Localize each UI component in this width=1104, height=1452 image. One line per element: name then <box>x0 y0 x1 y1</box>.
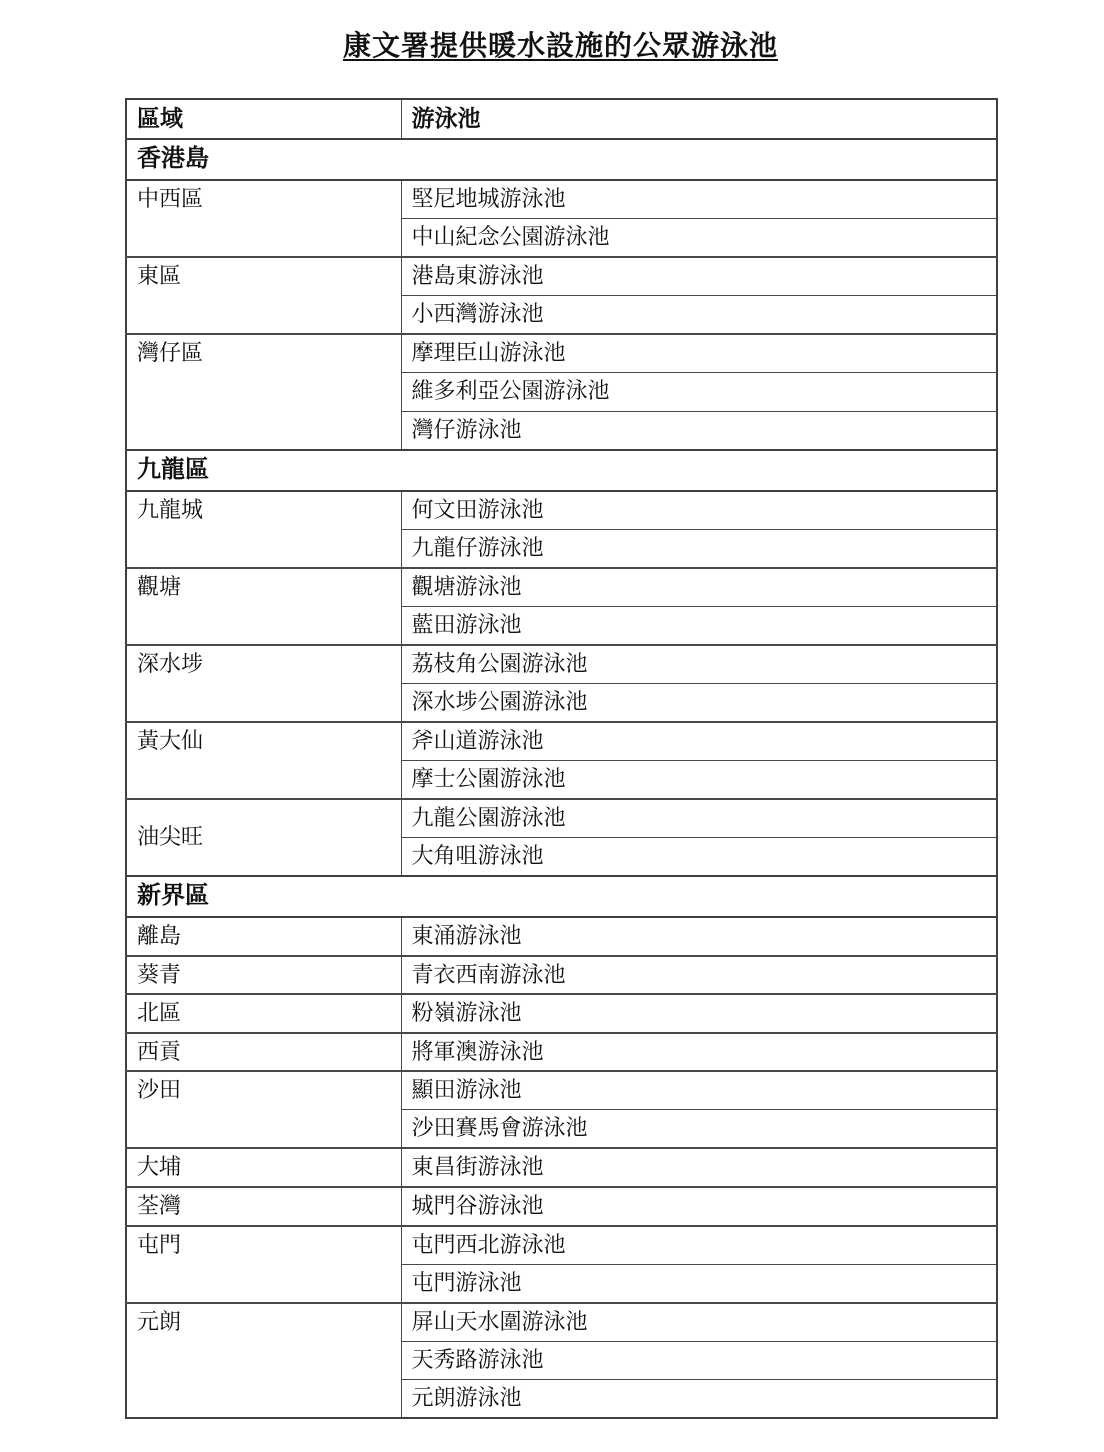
pool-cell: 粉嶺游泳池 <box>401 994 997 1033</box>
pool-cell: 顯田游泳池 <box>401 1071 997 1110</box>
table-row: 西貢將軍澳游泳池 <box>126 1033 997 1072</box>
district-cell: 北區 <box>126 994 401 1033</box>
pool-cell: 沙田賽馬會游泳池 <box>401 1110 997 1149</box>
table-row: 深水埗荔枝角公園游泳池 <box>126 645 997 684</box>
pool-cell: 九龍仔游泳池 <box>401 529 997 568</box>
pool-cell: 東昌街游泳池 <box>401 1148 997 1187</box>
district-cell: 深水埗 <box>126 645 401 722</box>
pool-cell: 港島東游泳池 <box>401 257 997 296</box>
pool-cell: 中山紀念公園游泳池 <box>401 219 997 258</box>
district-cell: 葵青 <box>126 956 401 995</box>
table-row: 元朗屏山天水圍游泳池 <box>126 1303 997 1342</box>
district-cell: 黃大仙 <box>126 722 401 799</box>
district-cell: 元朗 <box>126 1303 401 1419</box>
table-header-row: 區域 游泳池 <box>126 99 997 139</box>
section-row: 九龍區 <box>126 450 997 491</box>
table-row: 沙田顯田游泳池 <box>126 1071 997 1110</box>
pool-cell: 天秀路游泳池 <box>401 1341 997 1380</box>
pool-cell: 屯門游泳池 <box>401 1264 997 1303</box>
pool-cell: 堅尼地城游泳池 <box>401 180 997 219</box>
table-row: 中西區堅尼地城游泳池 <box>126 180 997 219</box>
pool-cell: 九龍公園游泳池 <box>401 799 997 838</box>
table-row: 葵青青衣西南游泳池 <box>126 956 997 995</box>
district-cell: 沙田 <box>126 1071 401 1148</box>
swimming-pool-table: 區域 游泳池 香港島中西區堅尼地城游泳池中山紀念公園游泳池東區港島東游泳池小西灣… <box>125 98 998 1419</box>
pool-cell: 摩士公園游泳池 <box>401 760 997 799</box>
pool-cell: 東涌游泳池 <box>401 917 997 956</box>
pool-cell: 何文田游泳池 <box>401 491 997 530</box>
section-row: 新界區 <box>126 876 997 917</box>
district-cell: 離島 <box>126 917 401 956</box>
table-row: 離島東涌游泳池 <box>126 917 997 956</box>
table-row: 大埔東昌街游泳池 <box>126 1148 997 1187</box>
district-cell: 灣仔區 <box>126 334 401 450</box>
district-cell: 荃灣 <box>126 1187 401 1226</box>
pool-cell: 青衣西南游泳池 <box>401 956 997 995</box>
table-row: 九龍城何文田游泳池 <box>126 491 997 530</box>
pool-cell: 城門谷游泳池 <box>401 1187 997 1226</box>
section-title: 九龍區 <box>126 450 997 491</box>
table-row: 北區粉嶺游泳池 <box>126 994 997 1033</box>
table-row: 觀塘觀塘游泳池 <box>126 568 997 607</box>
pool-cell: 屯門西北游泳池 <box>401 1226 997 1265</box>
pool-cell: 觀塘游泳池 <box>401 568 997 607</box>
table-row: 屯門屯門西北游泳池 <box>126 1226 997 1265</box>
pool-cell: 深水埗公園游泳池 <box>401 683 997 722</box>
district-cell: 九龍城 <box>126 491 401 568</box>
table-row: 東區港島東游泳池 <box>126 257 997 296</box>
pool-cell: 大角咀游泳池 <box>401 837 997 876</box>
pool-cell: 將軍澳游泳池 <box>401 1033 997 1072</box>
pool-cell: 灣仔游泳池 <box>401 411 997 450</box>
pool-cell: 荔枝角公園游泳池 <box>401 645 997 684</box>
page-title: 康文署提供暖水設施的公眾游泳池 <box>125 24 996 64</box>
section-title: 新界區 <box>126 876 997 917</box>
pool-cell: 藍田游泳池 <box>401 606 997 645</box>
section-title: 香港島 <box>126 139 997 180</box>
pool-cell: 摩理臣山游泳池 <box>401 334 997 373</box>
district-cell: 中西區 <box>126 180 401 257</box>
district-cell: 東區 <box>126 257 401 334</box>
table-row: 灣仔區摩理臣山游泳池 <box>126 334 997 373</box>
pool-cell: 小西灣游泳池 <box>401 296 997 335</box>
district-cell: 觀塘 <box>126 568 401 645</box>
table-row: 荃灣城門谷游泳池 <box>126 1187 997 1226</box>
pool-cell: 斧山道游泳池 <box>401 722 997 761</box>
district-cell: 屯門 <box>126 1226 401 1303</box>
district-cell: 大埔 <box>126 1148 401 1187</box>
pool-cell: 屏山天水圍游泳池 <box>401 1303 997 1342</box>
pool-cell: 維多利亞公園游泳池 <box>401 373 997 412</box>
table-row: 黃大仙斧山道游泳池 <box>126 722 997 761</box>
table-row: 油尖旺九龍公園游泳池 <box>126 799 997 838</box>
district-cell: 西貢 <box>126 1033 401 1072</box>
section-row: 香港島 <box>126 139 997 180</box>
column-header-pool: 游泳池 <box>401 99 997 139</box>
column-header-district: 區域 <box>126 99 401 139</box>
pool-cell: 元朗游泳池 <box>401 1380 997 1419</box>
district-cell: 油尖旺 <box>126 799 401 876</box>
